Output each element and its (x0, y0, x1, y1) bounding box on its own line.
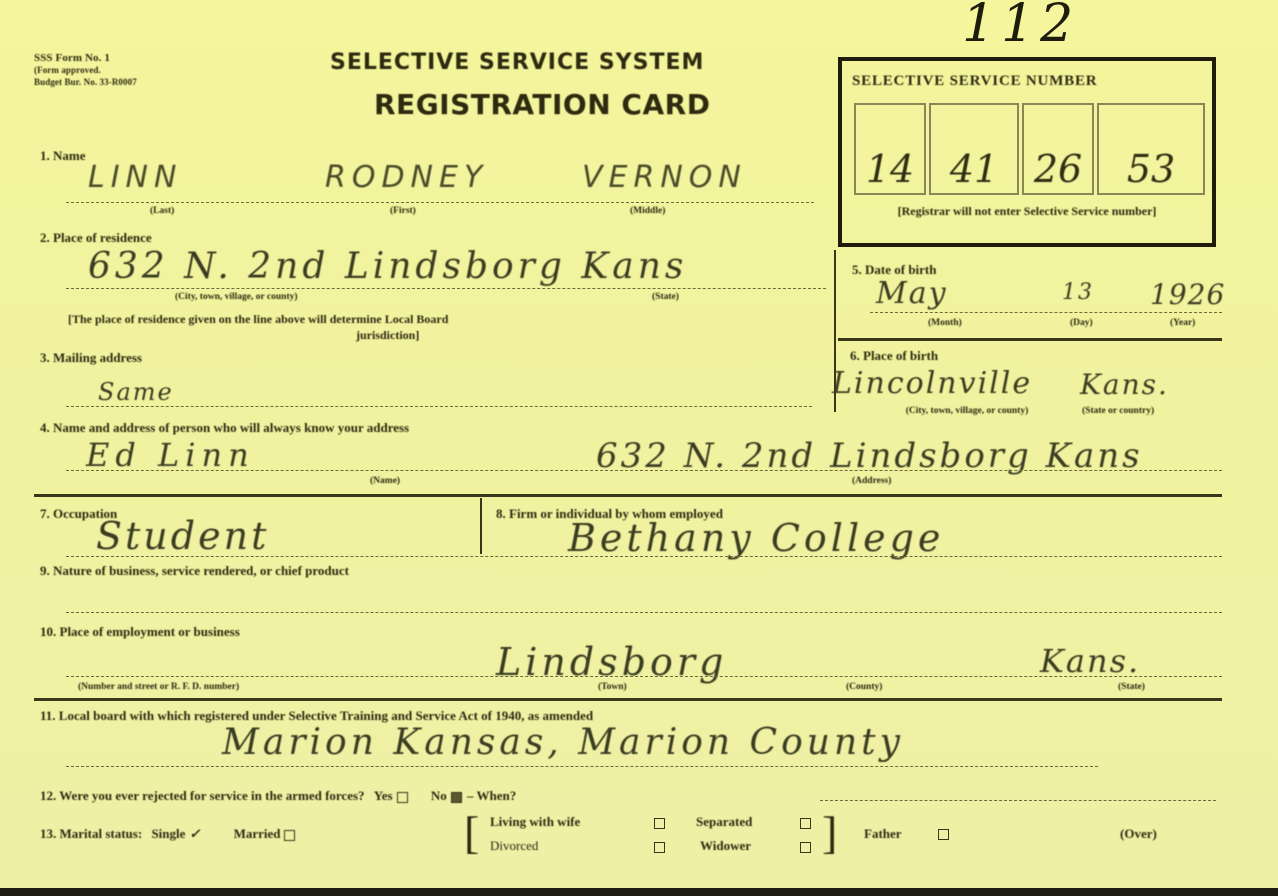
contact-name: Ed Linn (86, 436, 255, 474)
caption-pob-state: (State or country) (1082, 406, 1154, 416)
caption-contact-address: (Address) (852, 476, 891, 486)
employment-town: Lindsborg (496, 640, 727, 684)
over-label: (Over) (1120, 826, 1157, 842)
title-system: SELECTIVE SERVICE SYSTEM (330, 50, 704, 75)
employment-line (66, 676, 1222, 677)
employment-state: Kans. (1040, 642, 1140, 680)
ssn-cell: 41 (929, 103, 1019, 195)
caption-year: (Year) (1170, 318, 1195, 328)
separated-label: Separated (696, 814, 752, 830)
mailing-value: Same (98, 378, 174, 406)
divorced-label: Divorced (490, 838, 538, 854)
divorced-checkbox[interactable] (654, 842, 665, 853)
pob-state: Kans. (1080, 368, 1169, 401)
employer-line (66, 556, 1222, 557)
father-checkbox[interactable] (938, 829, 949, 840)
ssn-cell: 26 (1022, 103, 1094, 195)
caption-month: (Month) (928, 318, 962, 328)
pob-label: 6. Place of birth (850, 348, 938, 364)
marital-row: 13. Marital status: Single✓ Married (40, 826, 295, 842)
caption-contact-name: (Name) (370, 476, 400, 486)
ssn-digit: 41 (931, 147, 1017, 191)
form-info-line2: (Form approved. (34, 64, 137, 76)
employment-place-label: 10. Place of employment or business (40, 624, 240, 640)
dob-divider (838, 338, 1222, 341)
ssn-heading: SELECTIVE SERVICE NUMBER (852, 73, 1097, 90)
rejected-yes-label: Yes (374, 788, 393, 803)
name-last: LINN (88, 160, 182, 195)
contact-label: 4. Name and address of person who will a… (40, 420, 409, 436)
widower-label: Widower (700, 838, 751, 854)
selective-service-number-box: SELECTIVE SERVICE NUMBER 14 41 26 53 [Re… (838, 57, 1216, 247)
father-label: Father (864, 826, 902, 842)
ssn-note: [Registrar will not enter Selective Serv… (842, 203, 1212, 219)
occupation-divider (480, 498, 482, 554)
serial-number: 112 (962, 0, 1079, 54)
rejected-when-label: When? (476, 788, 516, 803)
rejected-label: 12. Were you ever rejected for service i… (40, 788, 365, 803)
dob-day: 13 (1062, 280, 1094, 305)
occupation-value: Student (96, 514, 269, 558)
name-middle: VERNON (582, 160, 747, 195)
dob-month: May (876, 276, 948, 311)
employer-value: Bethany College (568, 516, 944, 560)
living-with-wife-label: Living with wife (490, 814, 580, 830)
pob-city: Lincolnville (832, 366, 1032, 401)
ssn-cells: 14 41 26 53 (854, 103, 1208, 193)
rejected-no-label: No (431, 788, 447, 803)
form-info-line1: SSS Form No. 1 (34, 52, 137, 64)
ssn-digit: 26 (1024, 147, 1092, 191)
caption-state: (State) (652, 292, 679, 302)
residence-note-2: jurisdiction] (356, 328, 419, 343)
ssn-digit: 14 (856, 147, 924, 191)
caption-last: (Last) (150, 206, 174, 216)
caption-first: (First) (390, 206, 416, 216)
ssn-cell: 14 (854, 103, 926, 195)
form-info: SSS Form No. 1 (Form approved. Budget Bu… (34, 52, 137, 88)
section-divider (34, 494, 1222, 497)
business-label: 9. Nature of business, service rendered,… (40, 563, 349, 579)
marital-single-label: Single (151, 826, 185, 841)
local-board-line (66, 766, 1098, 767)
rejected-yes-checkbox[interactable] (397, 792, 408, 803)
contact-line (66, 470, 1222, 471)
business-line (66, 612, 1222, 613)
dob-line (870, 312, 1222, 313)
left-bracket: [ (464, 810, 479, 856)
caption-county: (County) (846, 682, 882, 692)
registration-card: 112 SSS Form No. 1 (Form approved. Budge… (0, 0, 1278, 888)
card-bottom-edge (0, 888, 1278, 896)
residence-value: 632 N. 2nd Lindsborg Kans (88, 246, 687, 287)
name-label: 1. Name (40, 148, 86, 164)
widower-checkbox[interactable] (800, 842, 811, 853)
residence-note-1: [The place of residence given on the lin… (68, 312, 448, 327)
separated-checkbox[interactable] (800, 818, 811, 829)
caption-emp-state: (State) (1118, 682, 1145, 692)
marital-married-label: Married (234, 826, 281, 841)
caption-pob-city: (City, town, village, or county) (892, 406, 1042, 417)
title-registration-card: REGISTRATION CARD (374, 88, 710, 121)
section-divider (34, 698, 1222, 701)
name-line (66, 202, 814, 203)
married-checkbox[interactable] (284, 830, 295, 841)
dob-year: 1926 (1150, 278, 1225, 311)
living-with-wife-checkbox[interactable] (654, 818, 665, 829)
rejected-no-checkbox[interactable] (451, 792, 462, 803)
ssn-cell: 53 (1097, 103, 1205, 195)
residence-line (66, 288, 826, 289)
caption-street: (Number and street or R. F. D. number) (78, 682, 239, 692)
marital-label: 13. Marital status: (40, 826, 142, 841)
rejected-when-line (820, 800, 1216, 801)
rejected-row: 12. Were you ever rejected for service i… (40, 788, 516, 804)
caption-city: (City, town, village, or county) (175, 292, 298, 302)
caption-middle: (Middle) (630, 206, 665, 216)
right-bracket: ] (822, 810, 837, 856)
residence-label: 2. Place of residence (40, 230, 152, 246)
mailing-line (66, 406, 812, 407)
ssn-digit: 53 (1099, 147, 1203, 191)
form-info-line3: Budget Bur. No. 33-R0007 (34, 76, 137, 88)
name-first: RODNEY (325, 160, 488, 195)
caption-day: (Day) (1070, 318, 1093, 328)
caption-town: (Town) (598, 682, 627, 692)
mailing-label: 3. Mailing address (40, 350, 142, 366)
single-check-mark: ✓ (189, 826, 200, 841)
local-board-value: Marion Kansas, Marion County (222, 722, 904, 763)
